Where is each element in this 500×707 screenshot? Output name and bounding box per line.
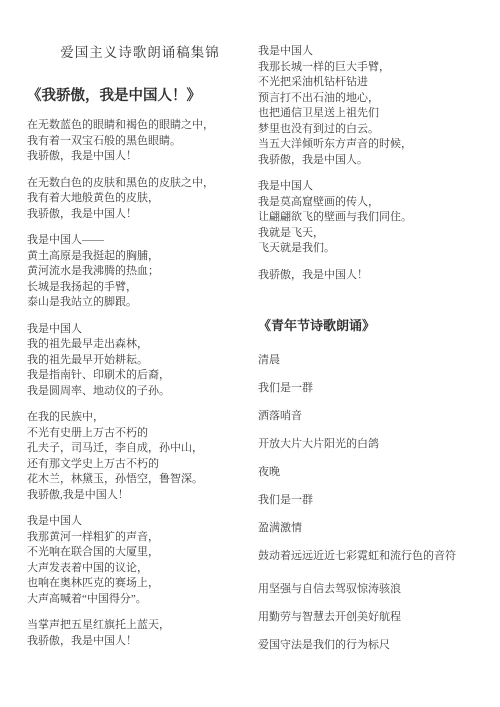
poem-line: 在我的民族中， [27, 410, 253, 426]
poem-stanza: 我是中国人我是莫高窟壁画的传人，让翩翩欲飞的壁画与我们同住。我就是飞天，飞天就是… [258, 179, 484, 257]
poem-line: 梦里也没有到过的白云。 [258, 122, 484, 138]
poem-stanza: 我是中国人——黄土高原是我挺起的胸脯，黄河流水是我沸腾的热血；长城是我扬起的手臂… [27, 233, 253, 311]
poem-line: 鼓动着远远近近七彩霓虹和流行色的音符 [258, 548, 484, 564]
poem-line: 黄土高原是我挺起的胸脯， [27, 249, 253, 265]
poem-stanza: 我骄傲，我是中国人！ [258, 268, 484, 284]
poem-line: 让翩翩欲飞的壁画与我们同住。 [258, 210, 484, 226]
document-page: 爱国主义诗歌朗诵稿集锦 《我骄傲，我是中国人！》 在无数蓝色的眼睛和褐色的眼睛之… [0, 0, 500, 707]
poem-line: 我就是飞天， [258, 226, 484, 242]
poem-line: 我的祖先最早开始耕耘。 [27, 353, 253, 369]
poem-line: 我有着一双宝石般的黑色眼睛。 [27, 134, 253, 150]
poem-line: 不光有史册上万古不朽的 [27, 426, 253, 442]
poem-line: 黄河流水是我沸腾的热血； [27, 264, 253, 280]
poem-line: 我是中国人 [27, 514, 253, 530]
poem-stanza: 我是中国人我那长城一样的巨大手臂，不光把采油机钻杆钻进预言打不出石油的地心，也把… [258, 44, 484, 168]
poem-line: 也响在奥林匹克的赛场上， [27, 576, 253, 592]
poem-stanza: 我是中国人我那黄河一样粗犷的声音，不光响在联合国的大厦里，大声发表着中国的议论，… [27, 514, 253, 607]
right-column: 我是中国人我那长城一样的巨大手臂，不光把采油机钻杆钻进预言打不出石油的地心，也把… [258, 44, 484, 707]
poem-line: 也把通信卫星送上祖先们 [258, 106, 484, 122]
poem-line: 我骄傲，我是中国人。 [258, 153, 484, 169]
poem-line: 我骄傲，我是中国人！ [27, 634, 253, 650]
poem-line: 我是莫高窟壁画的传人， [258, 195, 484, 211]
poem-stanza: 当掌声把五星红旗托上蓝天，我骄傲，我是中国人！ [27, 618, 253, 649]
poem-line: 孔夫子，司马迁，李自成，孙中山， [27, 441, 253, 457]
poem-line: 清晨 [258, 352, 484, 368]
poem1-left-stanzas: 在无数蓝色的眼睛和褐色的眼睛之中，我有着一双宝石般的黑色眼睛。我骄傲，我是中国人… [27, 118, 253, 649]
poem-line: 大声发表着中国的议论， [27, 561, 253, 577]
poem-line: 花木兰，林黛玉，孙悟空，鲁智深。 [27, 472, 253, 488]
poem-line: 我骄傲，我是中国人！ [27, 207, 253, 223]
poem-line: 在无数白色的皮肤和黑色的皮肤之中， [27, 176, 253, 192]
poem-line: 我是中国人 [258, 179, 484, 195]
poem-stanza: 在无数蓝色的眼睛和褐色的眼睛之中，我有着一双宝石般的黑色眼睛。我骄傲，我是中国人… [27, 118, 253, 165]
poem-stanza: 在我的民族中，不光有史册上万古不朽的孔夫子，司马迁，李自成，孙中山，还有那文学史… [27, 410, 253, 503]
poem-line: 我们是一群 [258, 380, 484, 396]
poem2-lines-group2: 用坚强与自信去驾驭惊涛骇浪用勤劳与智慧去开创美好航程爱国守法是我们的行为标尺 [258, 581, 484, 653]
poem-line: 长城是我扬起的手臂， [27, 280, 253, 296]
poem-line: 我骄傲，我是中国人！ [27, 149, 253, 165]
poem-line: 爱国守法是我们的行为标尺 [258, 637, 484, 653]
poem2-title: 《青年节诗歌朗诵》 [258, 317, 484, 335]
poem-line: 用勤劳与智慧去开创美好航程 [258, 609, 484, 625]
poem-line: 我是中国人 [27, 322, 253, 338]
poem-line: 我是圆周率、地动仪的子孙。 [27, 384, 253, 400]
document-title: 爱国主义诗歌朗诵稿集锦 [27, 44, 253, 62]
poem-line: 开放大片大片阳光的白鸽 [258, 436, 484, 452]
poem-line: 我骄傲，我是中国人！ [258, 268, 484, 284]
poem-line: 我的祖先最早走出森林， [27, 337, 253, 353]
poem2-lines-group1: 清晨我们是一群洒落哨音开放大片大片阳光的白鸽夜晚我们是一群盈满激情鼓动着远远近近… [258, 352, 484, 564]
poem-line: 不光把采油机钻杆钻进 [258, 75, 484, 91]
poem-line: 预言打不出石油的地心， [258, 91, 484, 107]
left-column: 爱国主义诗歌朗诵稿集锦 《我骄傲，我是中国人！》 在无数蓝色的眼睛和褐色的眼睛之… [27, 44, 253, 707]
poem-line: 我是中国人 [258, 44, 484, 60]
poem-line: 我是指南针、印刷术的后裔， [27, 368, 253, 384]
poem-stanza: 在无数白色的皮肤和黑色的皮肤之中，我有着大地般黄色的皮肤，我骄傲，我是中国人！ [27, 176, 253, 223]
poem-stanza: 我是中国人我的祖先最早走出森林，我的祖先最早开始耕耘。我是指南针、印刷术的后裔，… [27, 322, 253, 400]
poem-line: 夜晚 [258, 464, 484, 480]
poem1-right-stanzas: 我是中国人我那长城一样的巨大手臂，不光把采油机钻杆钻进预言打不出石油的地心，也把… [258, 44, 484, 283]
poem-line: 我那长城一样的巨大手臂， [258, 60, 484, 76]
poem-line: 当掌声把五星红旗托上蓝天， [27, 618, 253, 634]
poem-line: 大声高喊着“中国得分”。 [27, 592, 253, 608]
poem-line: 我那黄河一样粗犷的声音， [27, 530, 253, 546]
poem1-title: 《我骄傲，我是中国人！》 [27, 86, 253, 106]
poem-line: 洒落哨音 [258, 408, 484, 424]
poem-line: 我们是一群 [258, 492, 484, 508]
poem-line: 我有着大地般黄色的皮肤， [27, 191, 253, 207]
poem-line: 盈满激情 [258, 520, 484, 536]
poem-line: 还有那文学史上万古不朽的 [27, 457, 253, 473]
poem-line: 不光响在联合国的大厦里， [27, 545, 253, 561]
poem-line: 泰山是我站立的脚跟。 [27, 295, 253, 311]
poem-line: 当五大洋倾听东方声音的时候， [258, 137, 484, 153]
poem-line: 我骄傲,我是中国人！ [27, 488, 253, 504]
poem-line: 我是中国人—— [27, 233, 253, 249]
poem-line: 在无数蓝色的眼睛和褐色的眼睛之中， [27, 118, 253, 134]
poem-line: 用坚强与自信去驾驭惊涛骇浪 [258, 581, 484, 597]
poem-line: 飞天就是我们。 [258, 241, 484, 257]
